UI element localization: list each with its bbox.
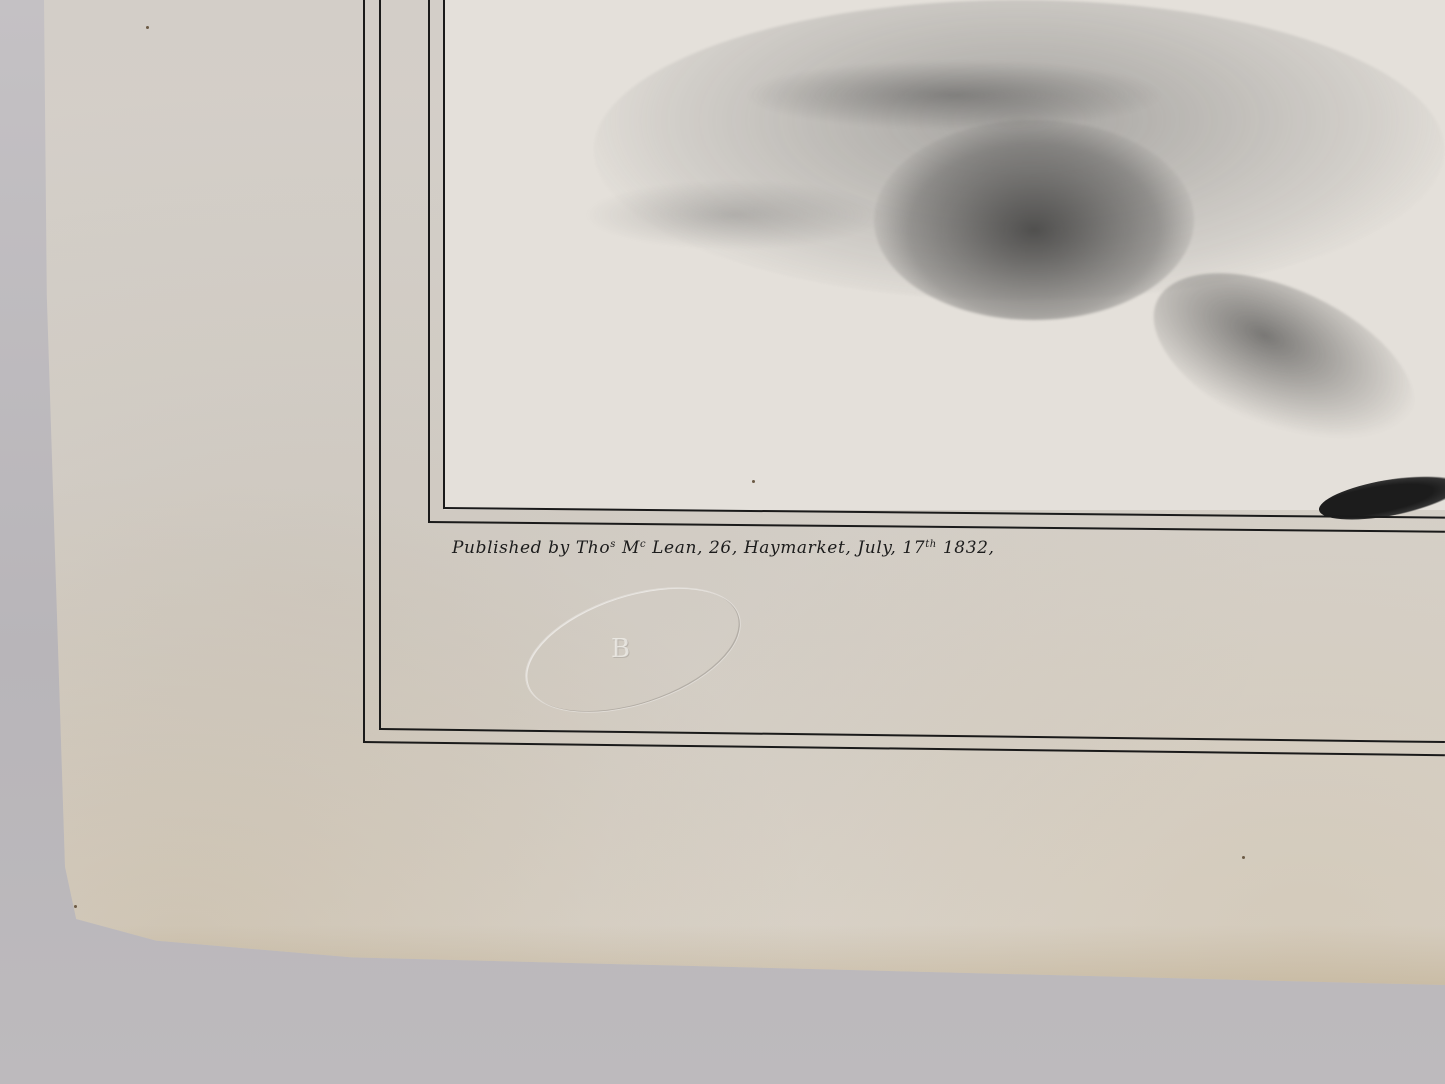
outer-frame-left-1: [363, 0, 365, 742]
paper-speck: [146, 26, 149, 29]
crayon-shading-streak: [744, 60, 1164, 130]
crayon-shading-dark: [874, 120, 1194, 320]
paper-speck: [752, 480, 755, 483]
inner-frame-left-2: [443, 0, 445, 508]
inner-frame-left-1: [428, 0, 430, 522]
pub-year: 1832,: [937, 538, 995, 558]
pub-day-sup: th: [925, 539, 937, 550]
foxing-stain: [44, 925, 1445, 985]
lithograph-image-area: [444, 0, 1445, 510]
outer-frame-left-2: [379, 0, 381, 729]
paper-speck: [74, 905, 77, 908]
pub-tho-sup: s: [610, 539, 616, 550]
blind-stamp-mark: B: [611, 634, 630, 664]
pub-prefix: Published by Tho: [452, 538, 610, 558]
crayon-shading-left: [584, 180, 884, 250]
publication-line: Published by Thos Mc Lean, 26, Haymarket…: [452, 538, 995, 558]
pub-mc: M: [622, 538, 640, 558]
pub-rest: Lean, 26, Haymarket, July, 17: [646, 538, 925, 558]
photo-scene: Published by Thos Mc Lean, 26, Haymarket…: [0, 0, 1445, 1084]
paper-speck: [1242, 856, 1245, 859]
